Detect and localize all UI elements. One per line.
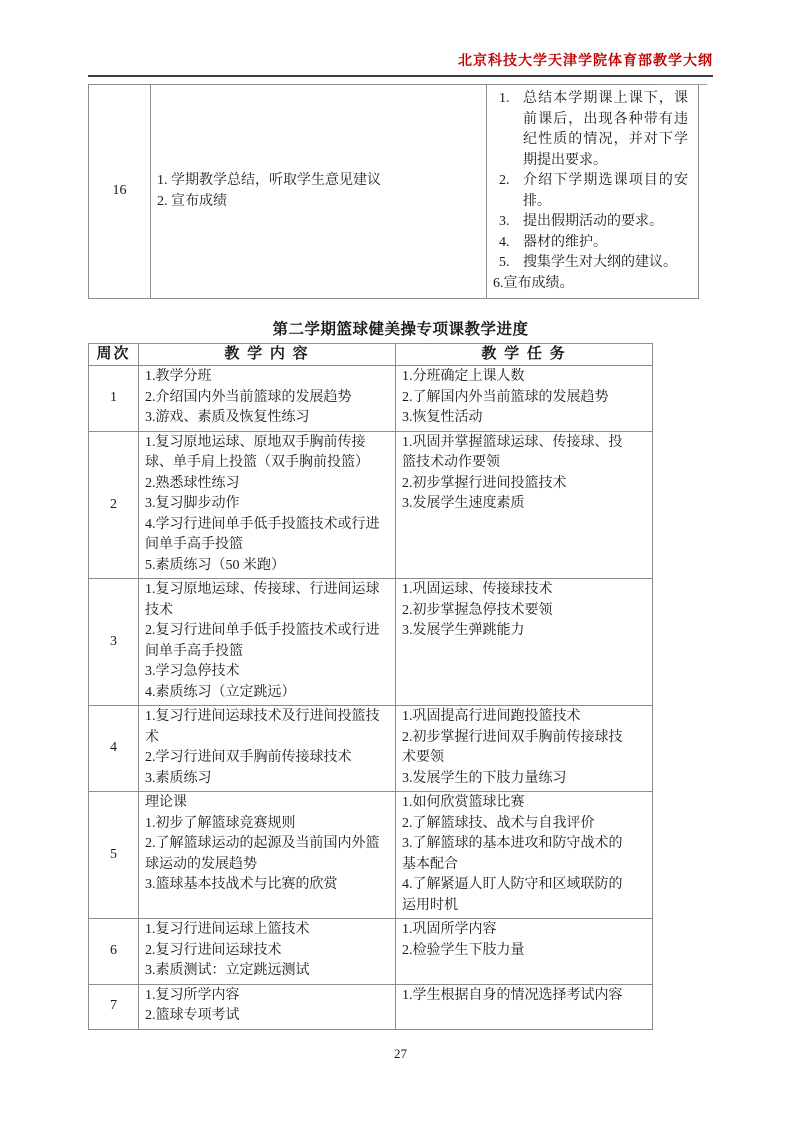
header-content: 教 学 内 容	[139, 344, 396, 366]
task-number: 4.	[499, 233, 510, 254]
task-text: 总结本学期课上课下，课前课后，出现各种带有违纪性质的情况，并对下学期提出要求。	[523, 91, 688, 168]
task-line: 2.介绍下学期选课项目的安排。	[493, 171, 688, 212]
content-line: 3.素质练习	[145, 769, 381, 790]
task-line: 2.初步掌握急停技术要领	[402, 601, 634, 622]
task-line: 2.了解篮球技、战术与自我评价	[402, 814, 634, 835]
teaching-task-cell: 1.如何欣赏篮球比赛2.了解篮球技、战术与自我评价3.了解篮球的基本进攻和防守战…	[396, 792, 653, 919]
task-line: 1.总结本学期课上课下，课前课后，出现各种带有违纪性质的情况，并对下学期提出要求…	[493, 89, 688, 171]
task-line: 1.巩固所学内容	[402, 920, 634, 941]
table-ghost-border	[655, 84, 707, 85]
week-number-cell: 7	[89, 984, 139, 1029]
task-line: 3.发展学生速度素质	[402, 494, 634, 515]
content-line: 2.复习行进间单手低手投篮技术或行进间单手高手投篮	[145, 621, 381, 662]
content-line: 1.复习行进间运球上篮技术	[145, 920, 381, 941]
task-line: 2.检验学生下肢力量	[402, 941, 634, 962]
teaching-task-cell: 1.学生根据自身的情况选择考试内容	[396, 984, 653, 1029]
teaching-task-cell: 1.巩固运球、传接球技术2.初步掌握急停技术要领3.发展学生弹跳能力	[396, 579, 653, 706]
task-line: 3.恢复性活动	[402, 408, 634, 429]
task-text: 介绍下学期选课项目的安排。	[523, 173, 688, 209]
page-content: 北京科技大学天津学院体育部教学大纲 16 1. 学期教学总结，听取学生意见建议2…	[88, 0, 713, 1062]
content-line: 4.学习行进间单手低手投篮技术或行进间单手高手投篮	[145, 515, 381, 556]
content-line: 4.素质练习（立定跳远）	[145, 683, 381, 704]
week-number-cell: 1	[89, 366, 139, 432]
page-number: 27	[88, 1046, 713, 1062]
header-task: 教 学 任 务	[396, 344, 653, 366]
content-line: 3.篮球基本技战术与比赛的欣赏	[145, 875, 381, 896]
task-line: 2.了解国内外当前篮球的发展趋势	[402, 388, 634, 409]
task-number: 3.	[499, 212, 510, 233]
content-line: 5.素质练习（50 米跑）	[145, 556, 381, 577]
document-page: 北京科技大学天津学院体育部教学大纲 16 1. 学期教学总结，听取学生意见建议2…	[0, 0, 800, 1131]
task-text: 器材的维护。	[523, 235, 607, 250]
week-number-cell: 6	[89, 919, 139, 985]
content-line: 2.熟悉球性练习	[145, 474, 381, 495]
teaching-content-cell: 1.复习原地运球、原地双手胸前传接球、单手肩上投篮（双手胸前投篮）2.熟悉球性练…	[139, 431, 396, 579]
week16-task-list: 1.总结本学期课上课下，课前课后，出现各种带有违纪性质的情况，并对下学期提出要求…	[493, 89, 688, 274]
week-number-cell: 16	[89, 85, 151, 299]
task-line: 1.分班确定上课人数	[402, 367, 634, 388]
teaching-task-cell: 1.总结本学期课上课下，课前课后，出现各种带有违纪性质的情况，并对下学期提出要求…	[487, 85, 699, 299]
header-week: 周次	[89, 344, 139, 366]
task-line: 1.学生根据自身的情况选择考试内容	[402, 986, 634, 1007]
content-line: 1.复习所学内容	[145, 986, 381, 1007]
schedule-row: 6 1.复习行进间运球上篮技术2.复习行进间运球技术3.素质测试：立定跳远测试 …	[89, 919, 653, 985]
schedule-row: 7 1.复习所学内容2.篮球专项考试 1.学生根据自身的情况选择考试内容	[89, 984, 653, 1029]
schedule-row: 1 1.教学分班2.介绍国内外当前篮球的发展趋势3.游戏、素质及恢复性练习 1.…	[89, 366, 653, 432]
teaching-content-cell: 1.复习行进间运球上篮技术2.复习行进间运球技术3.素质测试：立定跳远测试	[139, 919, 396, 985]
task-line: 4.器材的维护。	[493, 233, 688, 254]
teaching-content-cell: 1. 学期教学总结，听取学生意见建议2. 宣布成绩	[151, 85, 487, 299]
task-line: 1.巩固并掌握篮球运球、传接球、投篮技术动作要领	[402, 433, 634, 474]
week-number-cell: 3	[89, 579, 139, 706]
content-line: 2.学习行进间双手胸前传接球技术	[145, 748, 381, 769]
content-line: 3.复习脚步动作	[145, 494, 381, 515]
teaching-content-cell: 理论课1.初步了解篮球竞赛规则2.了解篮球运动的起源及当前国内外篮球运动的发展趋…	[139, 792, 396, 919]
task-number: 2.	[499, 171, 510, 192]
content-line: 2.介绍国内外当前篮球的发展趋势	[145, 388, 381, 409]
week-number-cell: 4	[89, 706, 139, 792]
content-line: 3.游戏、素质及恢复性练习	[145, 408, 381, 429]
running-header-title: 北京科技大学天津学院体育部教学大纲	[88, 50, 713, 70]
task-text: 搜集学生对大纲的建议。	[523, 255, 677, 270]
teaching-task-cell: 1.巩固提高行进间跑投篮技术2.初步掌握行进间双手胸前传接球技术要领3.发展学生…	[396, 706, 653, 792]
running-header-rule	[88, 75, 713, 77]
content-line: 1.复习行进间运球技术及行进间投篮技术	[145, 707, 381, 748]
teaching-content-cell: 1.复习原地运球、传接球、行进间运球技术2.复习行进间单手低手投篮技术或行进间单…	[139, 579, 396, 706]
content-line: 3.素质测试：立定跳远测试	[145, 961, 381, 982]
teaching-task-cell: 1.巩固所学内容2.检验学生下肢力量	[396, 919, 653, 985]
teaching-content-cell: 1.教学分班2.介绍国内外当前篮球的发展趋势3.游戏、素质及恢复性练习	[139, 366, 396, 432]
schedule-row: 2 1.复习原地运球、原地双手胸前传接球、单手肩上投篮（双手胸前投篮）2.熟悉球…	[89, 431, 653, 579]
schedule-header-row: 周次 教 学 内 容 教 学 任 务	[89, 344, 653, 366]
schedule-title: 第二学期篮球健美操专项课教学进度	[88, 317, 713, 339]
schedule-row: 5 理论课1.初步了解篮球竞赛规则2.了解篮球运动的起源及当前国内外篮球运动的发…	[89, 792, 653, 919]
content-line: 1.教学分班	[145, 367, 381, 388]
task-line: 1.巩固运球、传接球技术	[402, 580, 634, 601]
week16-continuation-table: 16 1. 学期教学总结，听取学生意见建议2. 宣布成绩 1.总结本学期课上课下…	[88, 84, 699, 299]
task-line: 3.发展学生弹跳能力	[402, 621, 634, 642]
task-line: 2.初步掌握行进间投篮技术	[402, 474, 634, 495]
task-text: 提出假期活动的要求。	[523, 214, 663, 229]
content-line: 1.复习原地运球、原地双手胸前传接球、单手肩上投篮（双手胸前投篮）	[145, 433, 381, 474]
task-line: 1.如何欣赏篮球比赛	[402, 793, 634, 814]
task-number: 5.	[499, 253, 510, 274]
task-line: 3.了解篮球的基本进攻和防守战术的基本配合	[402, 834, 634, 875]
task-line: 3.提出假期活动的要求。	[493, 212, 688, 233]
content-line: 2.篮球专项考试	[145, 1006, 381, 1027]
week-number-cell: 2	[89, 431, 139, 579]
week16-table-wrapper: 16 1. 学期教学总结，听取学生意见建议2. 宣布成绩 1.总结本学期课上课下…	[88, 84, 655, 299]
content-line: 1.初步了解篮球竞赛规则	[145, 814, 381, 835]
task-line: 6.宣布成绩。	[493, 274, 688, 295]
schedule-table: 周次 教 学 内 容 教 学 任 务 1 1.教学分班2.介绍国内外当前篮球的发…	[88, 343, 653, 1030]
task-line: 5.搜集学生对大纲的建议。	[493, 253, 688, 274]
task-line: 3.发展学生的下肢力量练习	[402, 769, 634, 790]
week-number-cell: 5	[89, 792, 139, 919]
content-line: 理论课	[145, 793, 381, 814]
content-line: 1. 学期教学总结，听取学生意见建议	[157, 171, 480, 192]
week16-content-list: 1. 学期教学总结，听取学生意见建议2. 宣布成绩	[157, 171, 480, 212]
content-line: 2. 宣布成绩	[157, 192, 480, 213]
content-line: 2.了解篮球运动的起源及当前国内外篮球运动的发展趋势	[145, 834, 381, 875]
content-line: 1.复习原地运球、传接球、行进间运球技术	[145, 580, 381, 621]
task-line: 4.了解紧逼人盯人防守和区域联防的运用时机	[402, 875, 634, 916]
teaching-content-cell: 1.复习行进间运球技术及行进间投篮技术2.学习行进间双手胸前传接球技术3.素质练…	[139, 706, 396, 792]
schedule-row: 4 1.复习行进间运球技术及行进间投篮技术2.学习行进间双手胸前传接球技术3.素…	[89, 706, 653, 792]
task-line: 1.巩固提高行进间跑投篮技术	[402, 707, 634, 728]
schedule-row: 3 1.复习原地运球、传接球、行进间运球技术2.复习行进间单手低手投篮技术或行进…	[89, 579, 653, 706]
schedule-body: 1 1.教学分班2.介绍国内外当前篮球的发展趋势3.游戏、素质及恢复性练习 1.…	[89, 366, 653, 1030]
task-line: 2.初步掌握行进间双手胸前传接球技术要领	[402, 728, 634, 769]
teaching-content-cell: 1.复习所学内容2.篮球专项考试	[139, 984, 396, 1029]
teaching-task-cell: 1.巩固并掌握篮球运球、传接球、投篮技术动作要领2.初步掌握行进间投篮技术3.发…	[396, 431, 653, 579]
table-row: 16 1. 学期教学总结，听取学生意见建议2. 宣布成绩 1.总结本学期课上课下…	[89, 85, 699, 299]
task-number: 1.	[499, 89, 510, 110]
teaching-task-cell: 1.分班确定上课人数2.了解国内外当前篮球的发展趋势3.恢复性活动	[396, 366, 653, 432]
content-line: 2.复习行进间运球技术	[145, 941, 381, 962]
content-line: 3.学习急停技术	[145, 662, 381, 683]
